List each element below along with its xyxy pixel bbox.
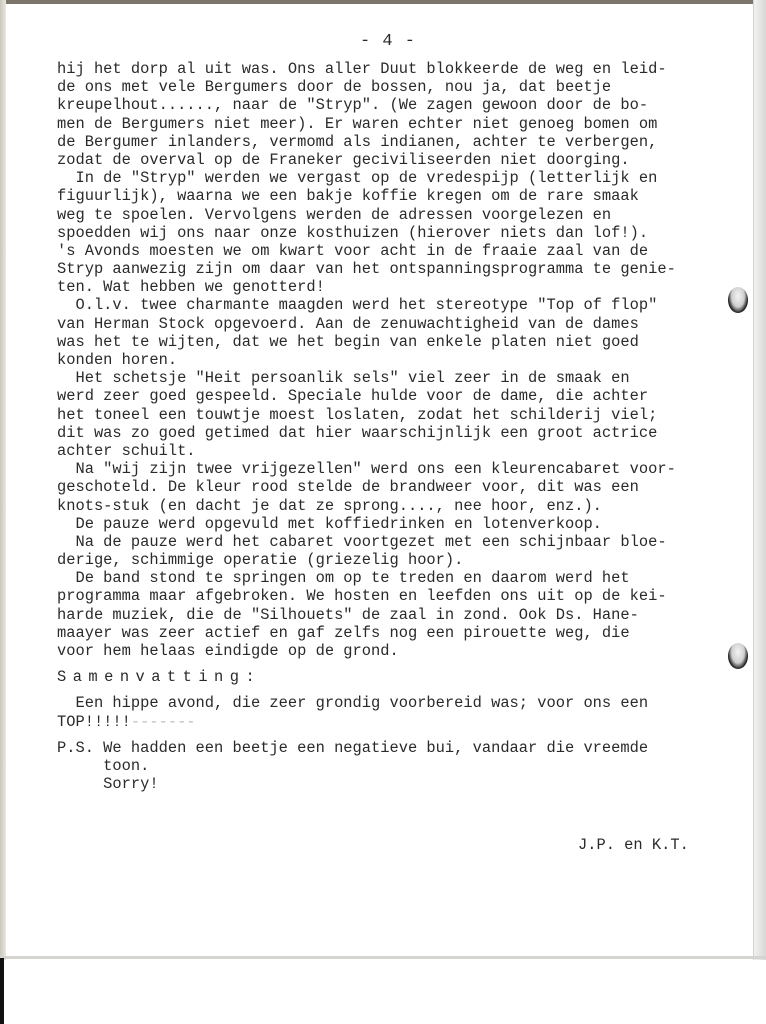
paragraph-gap — [57, 731, 737, 739]
text-line: harde muziek, die de "Silhouets" de zaal… — [57, 606, 737, 624]
text-line: Na "wij zijn twee vrijgezellen" werd ons… — [57, 460, 737, 478]
page-number: - 4 - — [360, 32, 416, 51]
text-line: konden horen. — [57, 351, 737, 369]
summary-heading: Samenvatting: — [57, 668, 737, 686]
text-line: Een hippe avond, die zeer grondig voorbe… — [57, 694, 737, 712]
text-line: programma maar afgebroken. We hosten en … — [57, 587, 737, 605]
text-line: toon. — [57, 757, 737, 775]
summary-paragraph: Een hippe avond, die zeer grondig voorbe… — [57, 694, 737, 730]
postscript: P.S. We hadden een beetje een negatieve … — [57, 739, 737, 794]
text-line: figuurlijk), waarna we een bakje koffie … — [57, 187, 737, 205]
text-line: De pauze werd opgevuld met koffiedrinken… — [57, 515, 737, 533]
page-left-edge — [0, 0, 6, 960]
text-line: zodat de overval op de Franeker gecivili… — [57, 151, 737, 169]
paragraph-vrijgezellen: Na "wij zijn twee vrijgezellen" werd ons… — [57, 460, 737, 515]
document-body: hij het dorp al uit was. Ons aller Duut … — [57, 60, 737, 793]
text-line: Stryp aanwezig zijn om daar van het onts… — [57, 260, 737, 278]
paragraph-gap — [57, 660, 737, 668]
text-line: In de "Stryp" werden we vergast op de vr… — [57, 169, 737, 187]
text-line: Sorry! — [57, 775, 737, 793]
text-line: spoedden wij ons naar onze kosthuizen (h… — [57, 224, 737, 242]
text-line: knots-stuk (en dacht je dat ze sprong...… — [57, 497, 737, 515]
text-line: achter schuilt. — [57, 442, 737, 460]
scan-top-border — [0, 0, 766, 4]
text-line: O.l.v. twee charmante maagden werd het s… — [57, 296, 737, 314]
text-line: werd zeer goed gespeeld. Speciale hulde … — [57, 387, 737, 405]
text-line: Na de pauze werd het cabaret voortgezet … — [57, 533, 737, 551]
text-line: De band stond te springen om op te trede… — [57, 569, 737, 587]
paragraph-top-of-flop: O.l.v. twee charmante maagden werd het s… — [57, 296, 737, 369]
text-line: hij het dorp al uit was. Ons aller Duut … — [57, 60, 737, 78]
text-line: weg te spoelen. Vervolgens werden de adr… — [57, 206, 737, 224]
text-line: dit was zo goed getimed dat hier waarsch… — [57, 424, 737, 442]
scanner-bed-edge — [0, 958, 4, 1024]
paragraph-band: De band stond te springen om op te trede… — [57, 569, 737, 660]
paragraph-stryp: In de "Stryp" werden we vergast op de vr… — [57, 169, 737, 296]
page-right-edge — [753, 0, 766, 960]
paragraph-pauze: De pauze werd opgevuld met koffiedrinken… — [57, 515, 737, 533]
text-line: kreupelhout......, naar de "Stryp". (We … — [57, 96, 737, 114]
paragraph-operatie: Na de pauze werd het cabaret voortgezet … — [57, 533, 737, 569]
text-line: derige, schimmige operatie (griezelig ho… — [57, 551, 737, 569]
text-line: 's Avonds moesten we om kwart voor acht … — [57, 242, 737, 260]
text-line: voor hem helaas eindigde op de grond. — [57, 642, 737, 660]
paragraph-gap — [57, 686, 737, 694]
text-line: geschoteld. De kleur rood stelde de bran… — [57, 478, 737, 496]
text-line: Het schetsje "Heit persoanlik sels" viel… — [57, 369, 737, 387]
text-line: van Herman Stock opgevoerd. Aan de zenuw… — [57, 315, 737, 333]
text-line: de Bergumer inlanders, vermomd als india… — [57, 133, 737, 151]
text-line: was het te wijten, dat we het begin van … — [57, 333, 737, 351]
page-bottom-edge — [0, 956, 766, 959]
text-line: maayer was zeer actief en gaf zelfs nog … — [57, 624, 737, 642]
signature: J.P. en K.T. — [578, 836, 689, 854]
struck-out-text: ------- — [131, 713, 196, 731]
text-line: TOP!!!!!------- — [57, 713, 737, 731]
text-line: de ons met vele Bergumers door de bossen… — [57, 78, 737, 96]
text-line: ten. Wat hebben we genotterd! — [57, 278, 737, 296]
text-line: men de Bergumers niet meer). Er waren ec… — [57, 115, 737, 133]
paragraph-schetsje: Het schetsje "Heit persoanlik sels" viel… — [57, 369, 737, 460]
paragraph-dorp: hij het dorp al uit was. Ons aller Duut … — [57, 60, 737, 169]
text-line: P.S. We hadden een beetje een negatieve … — [57, 739, 737, 757]
text-line: het toneel een touwtje moest loslaten, z… — [57, 406, 737, 424]
